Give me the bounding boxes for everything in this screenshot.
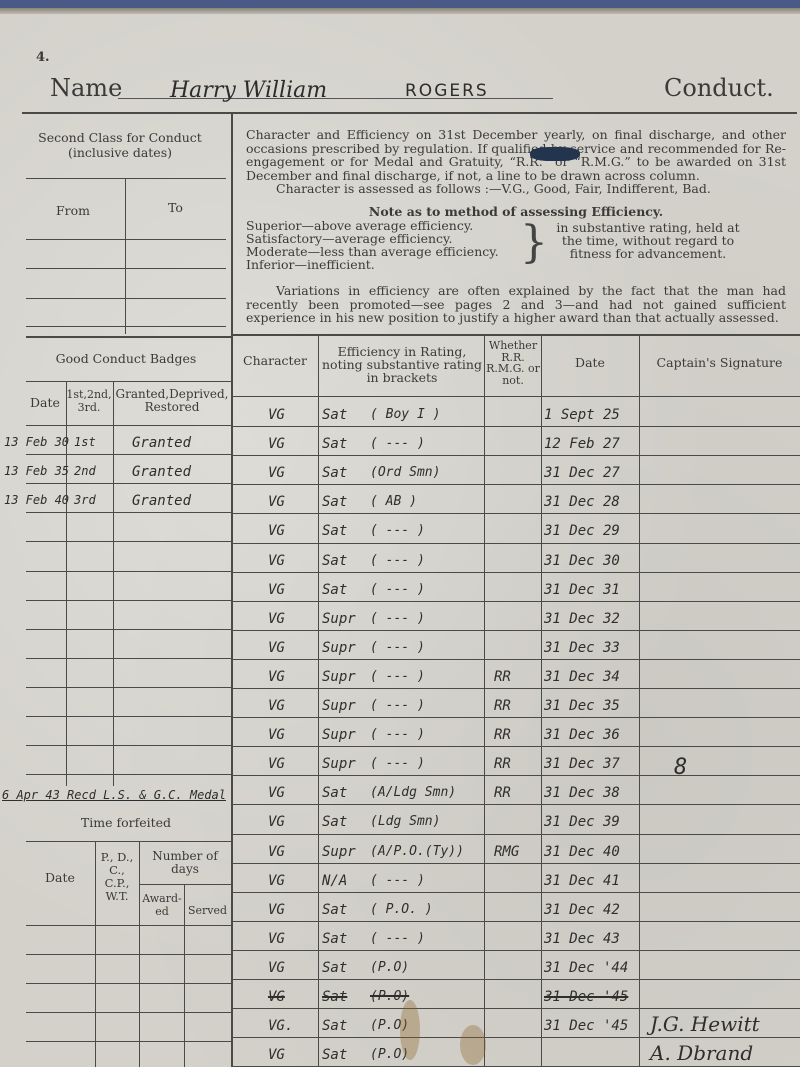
scale-note: in substantive rating, held at the time,… xyxy=(548,221,748,260)
margin-mark: 8 xyxy=(674,755,687,780)
cell-efficiency: Supr xyxy=(322,756,356,772)
header-rule xyxy=(22,112,797,114)
rule xyxy=(26,571,231,572)
col-rr: Whether R.R. R.M.G. or not. xyxy=(486,340,540,386)
rule xyxy=(184,884,185,1067)
cell-efficiency: Sat xyxy=(322,494,347,510)
instruction-text: Character and Efficiency on 31st Decembe… xyxy=(246,128,786,182)
badge-date: 13 Feb 30 xyxy=(4,435,69,449)
rule xyxy=(232,775,800,776)
rule xyxy=(26,512,231,513)
cell-character: VG xyxy=(268,465,285,481)
tf-col-served: Served xyxy=(185,904,230,917)
rule xyxy=(26,983,231,984)
col-character: Character xyxy=(232,354,318,367)
cell-date: 31 Dec 27 xyxy=(544,465,620,481)
rule xyxy=(232,396,800,397)
cell-date: 31 Dec 35 xyxy=(544,698,620,714)
page-number: 4. xyxy=(36,50,50,65)
cell-character: VG xyxy=(268,553,285,569)
cell-rating: (P.O) xyxy=(370,989,409,1004)
badges-col-status: Granted,Deprived, Restored xyxy=(113,388,231,414)
cell-rating: ( Boy I ) xyxy=(370,407,440,422)
rule xyxy=(140,884,231,885)
cell-rr: RR xyxy=(494,698,511,714)
main-divider xyxy=(231,113,233,1067)
rule xyxy=(232,513,800,514)
cell-character: VG xyxy=(268,1047,285,1063)
cell-rr: RR xyxy=(494,669,511,685)
cell-efficiency: Sat xyxy=(322,1047,347,1063)
ink-blot xyxy=(530,147,580,161)
cell-rating: ( --- ) xyxy=(370,582,425,597)
cell-character: VG xyxy=(268,611,285,627)
cell-efficiency: Supr xyxy=(322,844,356,860)
stain xyxy=(400,1000,420,1060)
cell-efficiency: Sat xyxy=(322,1018,347,1034)
cell-character: VG xyxy=(268,698,285,714)
cell-character: VG xyxy=(268,523,285,539)
second-class-title: Second Class for Conduct xyxy=(30,131,210,144)
rule xyxy=(26,454,231,455)
rule xyxy=(26,1012,231,1013)
cell-character: VG. xyxy=(268,1018,293,1034)
cell-rating: ( --- ) xyxy=(370,727,425,742)
rule xyxy=(232,688,800,689)
cell-rating: ( --- ) xyxy=(370,669,425,684)
cell-date: 31 Dec 40 xyxy=(544,844,620,860)
rule xyxy=(26,178,226,179)
rule xyxy=(26,745,231,746)
surname: ROGERS xyxy=(405,81,489,101)
cell-efficiency: Supr xyxy=(322,669,356,685)
frame-edge xyxy=(0,0,800,8)
cell-character: VG xyxy=(268,902,285,918)
rule xyxy=(232,1037,800,1038)
rule xyxy=(232,717,800,718)
cell-rr: RMG xyxy=(494,844,519,860)
from-label: From xyxy=(56,204,90,217)
cell-efficiency: Supr xyxy=(322,611,356,627)
rule xyxy=(26,381,231,382)
rule xyxy=(26,298,226,299)
time-forfeited-title: Time forfeited xyxy=(26,816,226,829)
badge-status: Granted xyxy=(132,464,191,480)
rule xyxy=(484,336,485,1067)
cell-efficiency: Sat xyxy=(322,814,347,830)
rule xyxy=(26,326,226,327)
cell-date: 31 Dec 42 xyxy=(544,902,620,918)
cell-date: 31 Dec 38 xyxy=(544,785,620,801)
cell-date: 12 Feb 27 xyxy=(544,436,620,452)
rule xyxy=(232,1008,800,1009)
cell-rating: ( --- ) xyxy=(370,553,425,568)
tf-col-days: Number of days xyxy=(140,850,230,876)
cell-rating: ( --- ) xyxy=(370,523,425,538)
cell-rating: ( P.O. ) xyxy=(370,902,433,917)
cell-rr: RR xyxy=(494,727,511,743)
cell-character: VG xyxy=(268,727,285,743)
cell-rating: (A/P.O.(Ty)) xyxy=(370,844,464,859)
badge-date: 13 Feb 40 xyxy=(4,493,69,507)
rule xyxy=(26,774,231,775)
rule xyxy=(232,601,800,602)
stain xyxy=(460,1025,486,1065)
badge-status: Granted xyxy=(132,435,191,451)
col-signature: Captain's Signature xyxy=(639,356,800,369)
cell-character: VG xyxy=(268,494,285,510)
cell-efficiency: Sat xyxy=(322,902,347,918)
cell-character: VG xyxy=(268,873,285,889)
cell-efficiency: Supr xyxy=(322,640,356,656)
cell-date: 31 Dec 28 xyxy=(544,494,620,510)
rule xyxy=(26,483,231,484)
rule xyxy=(26,687,231,688)
rule xyxy=(26,268,226,269)
cell-rating: (P.O) xyxy=(370,960,409,975)
cell-date: 31 Dec 32 xyxy=(544,611,620,627)
rule xyxy=(26,600,231,601)
rule xyxy=(26,629,231,630)
cell-efficiency: Sat xyxy=(322,785,347,801)
rule xyxy=(232,834,800,835)
cell-date: 31 Dec 41 xyxy=(544,873,620,889)
forenames-handwritten: Harry William xyxy=(170,78,327,103)
rule xyxy=(232,543,800,544)
cell-efficiency: Sat xyxy=(322,523,347,539)
cell-rr: RR xyxy=(494,756,511,772)
rule xyxy=(232,863,800,864)
cell-rating: ( --- ) xyxy=(370,873,425,888)
cell-character: VG xyxy=(268,844,285,860)
cell-rating: ( --- ) xyxy=(370,756,425,771)
section-title: Conduct. xyxy=(664,74,774,102)
cell-rating: ( --- ) xyxy=(370,436,425,451)
note-heading: Note as to method of assessing Efficienc… xyxy=(246,204,786,219)
cell-date: 31 Dec '45 xyxy=(544,1018,628,1034)
cell-rating: ( --- ) xyxy=(370,698,425,713)
rule xyxy=(318,336,319,1067)
rule xyxy=(26,716,231,717)
medal-note: 6 Apr 43 Recd L.S. & G.C. Medal xyxy=(2,788,226,802)
name-label: Name xyxy=(50,74,122,102)
cell-rating: ( --- ) xyxy=(370,611,425,626)
cell-efficiency: Sat xyxy=(322,407,347,423)
rule xyxy=(26,239,226,240)
rule xyxy=(232,892,800,893)
cell-date: 31 Dec 39 xyxy=(544,814,620,830)
badges-col-order: 1st,2nd, 3rd. xyxy=(66,388,112,414)
tf-col-date: Date xyxy=(45,871,75,884)
cell-efficiency: Sat xyxy=(322,553,347,569)
cell-date: 31 Dec 36 xyxy=(544,727,620,743)
cell-date: 31 Dec 29 xyxy=(544,523,620,539)
badge-date: 13 Feb 35 xyxy=(4,464,69,478)
badge-status: Granted xyxy=(132,493,191,509)
cell-date: 31 Dec 43 xyxy=(544,931,620,947)
tf-col-awarded: Award-ed xyxy=(140,892,184,918)
rule xyxy=(125,178,126,334)
rule xyxy=(232,659,800,660)
rule xyxy=(232,921,800,922)
cell-rating: (Ldg Smn) xyxy=(370,814,440,829)
rule xyxy=(26,1041,231,1042)
rule xyxy=(26,841,231,842)
cell-efficiency: Supr xyxy=(322,727,356,743)
rule xyxy=(232,630,800,631)
cell-character: VG xyxy=(268,407,285,423)
cell-date: 1 Sept 25 xyxy=(544,407,620,423)
cell-efficiency: Sat xyxy=(322,436,347,452)
cell-efficiency: Sat xyxy=(322,931,347,947)
cell-efficiency: Supr xyxy=(322,698,356,714)
cell-character: VG xyxy=(268,989,285,1005)
instructions-paragraph: Character and Efficiency on 31st Decembe… xyxy=(246,128,786,196)
rule xyxy=(232,455,800,456)
to-label: To xyxy=(168,201,183,214)
captain-signature: A. Dbrand xyxy=(650,1041,753,1065)
rule xyxy=(232,979,800,980)
cell-character: VG xyxy=(268,669,285,685)
variations-note: Variations in efficiency are often expla… xyxy=(246,284,786,325)
cell-date: 31 Dec '45 xyxy=(544,989,628,1005)
rule xyxy=(113,381,114,786)
cell-efficiency: Sat xyxy=(322,960,347,976)
rule xyxy=(232,426,800,427)
cell-character: VG xyxy=(268,756,285,772)
tf-col-type: P., D., C., C.P., W.T. xyxy=(96,851,138,903)
cell-rating: ( --- ) xyxy=(370,640,425,655)
rule xyxy=(232,804,800,805)
efficiency-scale: Superior—above average efficiency. Satis… xyxy=(246,219,499,271)
badges-col-date: Date xyxy=(30,396,60,409)
second-class-subtitle: (inclusive dates) xyxy=(30,146,210,159)
cell-date: 31 Dec '44 xyxy=(544,960,628,976)
col-date: Date xyxy=(541,356,639,369)
badges-title: Good Conduct Badges xyxy=(26,352,226,365)
cell-character: VG xyxy=(268,582,285,598)
character-scale-text: Character is assessed as follows :—V.G.,… xyxy=(246,182,786,196)
rule xyxy=(232,484,800,485)
cell-date: 31 Dec 33 xyxy=(544,640,620,656)
rule xyxy=(26,425,231,426)
rule xyxy=(26,541,231,542)
cell-character: VG xyxy=(268,640,285,656)
cell-date: 31 Dec 31 xyxy=(544,582,620,598)
rule xyxy=(232,950,800,951)
badge-order: 1st xyxy=(74,435,96,449)
cell-rr: RR xyxy=(494,785,511,801)
cell-efficiency: Sat xyxy=(322,465,347,481)
cell-character: VG xyxy=(268,960,285,976)
rule xyxy=(639,336,640,1067)
col-efficiency: Efficiency in Rating, noting substantive… xyxy=(320,345,484,384)
cell-character: VG xyxy=(268,785,285,801)
rule xyxy=(541,336,542,1067)
scale-inferior: Inferior—inefficient. xyxy=(246,258,499,271)
cell-character: VG xyxy=(268,814,285,830)
cell-character: VG xyxy=(268,436,285,452)
cell-efficiency: Sat xyxy=(322,989,347,1005)
badge-order: 3rd xyxy=(74,493,96,507)
rule xyxy=(26,336,231,338)
cell-efficiency: N/A xyxy=(322,873,347,889)
rule xyxy=(26,954,231,955)
rule xyxy=(232,746,800,747)
rule xyxy=(26,925,231,926)
brace-icon: } xyxy=(520,218,548,268)
cell-rating: (A/Ldg Smn) xyxy=(370,785,456,800)
cell-date: 31 Dec 34 xyxy=(544,669,620,685)
cell-date: 31 Dec 30 xyxy=(544,553,620,569)
cell-rating: ( --- ) xyxy=(370,931,425,946)
rule xyxy=(26,658,231,659)
captain-signature: J.G. Hewitt xyxy=(650,1012,760,1036)
cell-rating: ( AB ) xyxy=(370,494,417,509)
badge-order: 2nd xyxy=(74,464,96,478)
cell-rating: (Ord Smn) xyxy=(370,465,440,480)
cell-date: 31 Dec 37 xyxy=(544,756,620,772)
cell-character: VG xyxy=(268,931,285,947)
cell-efficiency: Sat xyxy=(322,582,347,598)
rule xyxy=(232,572,800,573)
